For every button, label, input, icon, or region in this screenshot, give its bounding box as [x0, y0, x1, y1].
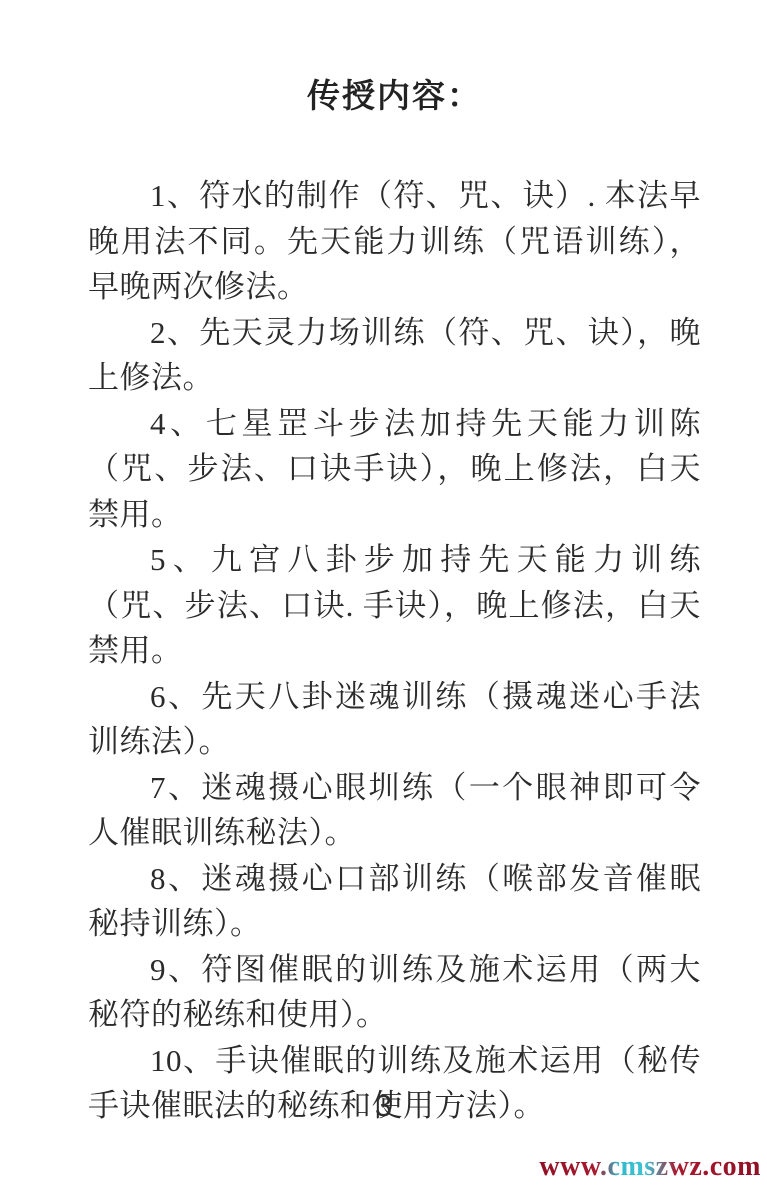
- watermark-url: www.cmszwz.com: [539, 1151, 761, 1183]
- list-item: 7、迷魂摄心眼圳练（一个眼神即可令人催眠训练秘法）。: [88, 765, 701, 856]
- list-item: 9、符图催眠的训练及施术运用（两大秘符的秘练和使用）。: [88, 947, 701, 1038]
- list-item: 2、先天灵力场训练（符、咒、诀），晚上修法。: [88, 310, 701, 401]
- page-number: 3: [0, 1088, 767, 1124]
- list-item: 5、九宫八卦步加持先天能力训练（咒、步法、口诀. 手诀），晚上修法，白天禁用。: [88, 537, 701, 674]
- page-title: 传授内容：: [88, 70, 701, 117]
- list-item: 1、符水的制作（符、咒、诀）. 本法早晚用法不同。先天能力训练（咒语训练），早晚…: [88, 173, 701, 310]
- list-item: 6、先天八卦迷魂训练（摄魂迷心手法训练法）。: [88, 674, 701, 765]
- page-content: 传授内容： 1、符水的制作（符、咒、诀）. 本法早晚用法不同。先天能力训练（咒语…: [88, 70, 701, 1129]
- list-item: 4、七星罡斗步法加持先天能力训陈（咒、步法、口诀手诀），晚上修法，白天禁用。: [88, 401, 701, 538]
- list-item: 8、迷魂摄心口部训练（喉部发音催眠秘持训练）。: [88, 856, 701, 947]
- scanned-document-page: 传授内容： 1、符水的制作（符、咒、诀）. 本法早晚用法不同。先天能力训练（咒语…: [0, 0, 767, 1185]
